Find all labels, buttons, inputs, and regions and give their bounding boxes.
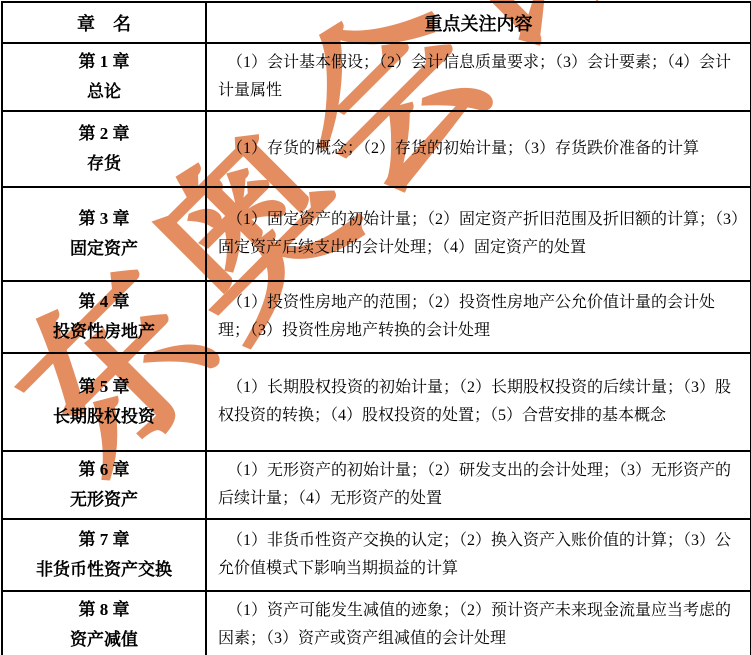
table-row: 第 8 章 资产减值 （1）资产可能发生减值的迹象；（2）预计资产未来现金流量应… (2, 591, 751, 655)
chapter-title: 总论 (7, 77, 201, 107)
chapter-cell: 第 6 章 无形资产 (2, 451, 206, 519)
table-row: 第 5 章 长期股权投资 （1）长期股权投资的初始计量；（2）长期股权投资的后续… (2, 353, 751, 451)
chapter-title: 固定资产 (7, 234, 201, 264)
focus-content-cell: （1）无形资产的初始计量；（2）研发支出的会计处理；（3）无形资产的后续计量；（… (206, 451, 751, 519)
table-row: 第 4 章 投资性房地产 （1）投资性房地产的范围；（2）投资性房地产公允价值计… (2, 281, 751, 353)
chapter-focus-table: 章 名 重点关注内容 第 1 章 总论 （1）会计基本假设；（2）会计信息质量要… (1, 1, 751, 655)
chapter-title: 非货币性资产交换 (7, 555, 201, 585)
chapter-number: 第 3 章 (7, 204, 201, 234)
table-row: 第 6 章 无形资产 （1）无形资产的初始计量；（2）研发支出的会计处理；（3）… (2, 451, 751, 519)
chapter-number: 第 1 章 (7, 47, 201, 77)
chapter-cell: 第 5 章 长期股权投资 (2, 353, 206, 451)
table-row: 第 1 章 总论 （1）会计基本假设；（2）会计信息质量要求；（3）会计要素；（… (2, 43, 751, 111)
chapter-title: 资产减值 (7, 625, 201, 655)
table-row: 第 3 章 固定资产 （1）固定资产的初始计量；（2）固定资产折旧范围及折旧额的… (2, 187, 751, 281)
header-row: 章 名 重点关注内容 (2, 2, 751, 43)
focus-content-cell: （1）投资性房地产的范围；（2）投资性房地产公允价值计量的会计处理；（3）投资性… (206, 281, 751, 353)
table-row: 第 2 章 存货 （1）存货的概念；（2）存货的初始计量；（3）存货跌价准备的计… (2, 111, 751, 187)
focus-content-cell: （1）非货币性资产交换的认定；（2）换入资产入账价值的计算；（3）公允价值模式下… (206, 519, 751, 591)
focus-content-cell: （1）固定资产的初始计量；（2）固定资产折旧范围及折旧额的计算；（3）固定资产后… (206, 187, 751, 281)
focus-content-cell: （1）资产可能发生减值的迹象；（2）预计资产未来现金流量应当考虑的因素；（3）资… (206, 591, 751, 655)
chapter-number: 第 8 章 (7, 595, 201, 625)
chapter-number: 第 7 章 (7, 525, 201, 555)
chapter-cell: 第 2 章 存货 (2, 111, 206, 187)
chapter-title: 无形资产 (7, 485, 201, 515)
focus-content-cell: （1）会计基本假设；（2）会计信息质量要求；（3）会计要素；（4）会计计量属性 (206, 43, 751, 111)
document-page: 东奥会计 章 名 重点关注内容 第 1 章 总论 （1）会计基本假设；（2）会计… (0, 1, 751, 655)
chapter-number: 第 2 章 (7, 119, 201, 149)
chapter-number: 第 6 章 (7, 455, 201, 485)
chapter-cell: 第 7 章 非货币性资产交换 (2, 519, 206, 591)
chapter-title: 存货 (7, 149, 201, 179)
focus-content-cell: （1）存货的概念；（2）存货的初始计量；（3）存货跌价准备的计算 (206, 111, 751, 187)
chapter-title: 长期股权投资 (7, 402, 201, 432)
chapter-title: 投资性房地产 (7, 317, 201, 347)
table-row: 第 7 章 非货币性资产交换 （1）非货币性资产交换的认定；（2）换入资产入账价… (2, 519, 751, 591)
chapter-cell: 第 1 章 总论 (2, 43, 206, 111)
chapter-number: 第 5 章 (7, 372, 201, 402)
chapter-cell: 第 3 章 固定资产 (2, 187, 206, 281)
column-header-chapter: 章 名 (2, 2, 206, 43)
column-header-focus-content: 重点关注内容 (206, 2, 751, 43)
chapter-cell: 第 4 章 投资性房地产 (2, 281, 206, 353)
chapter-cell: 第 8 章 资产减值 (2, 591, 206, 655)
chapter-number: 第 4 章 (7, 287, 201, 317)
focus-content-cell: （1）长期股权投资的初始计量；（2）长期股权投资的后续计量；（3）股权投资的转换… (206, 353, 751, 451)
